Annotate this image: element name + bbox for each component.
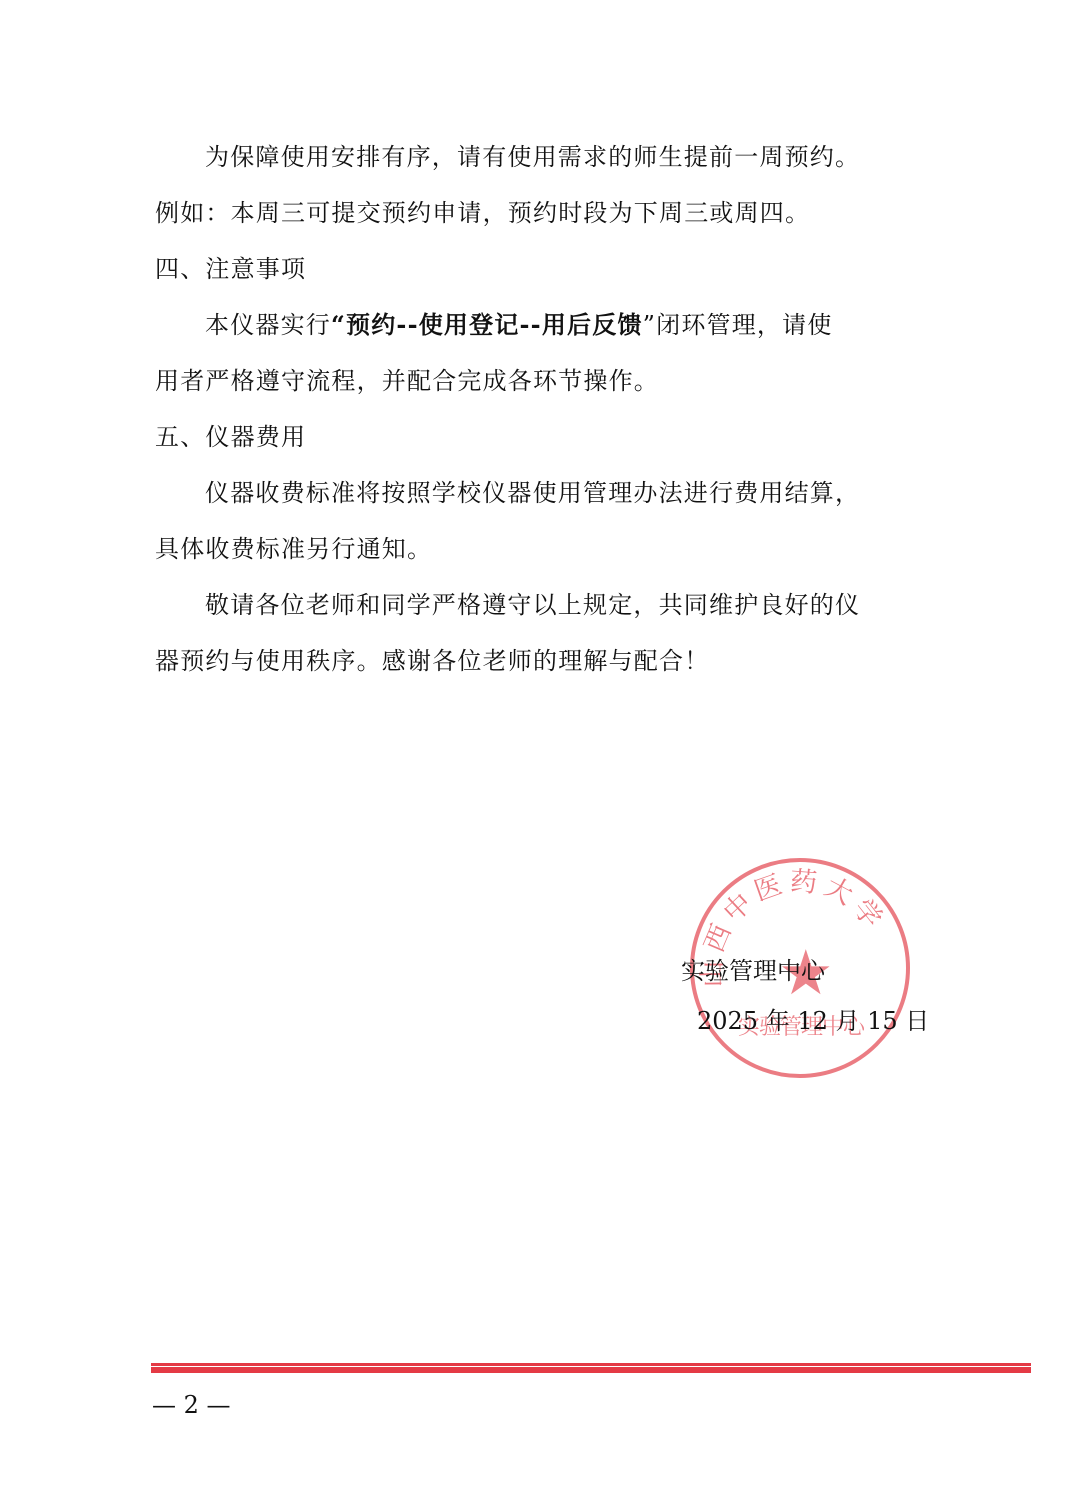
paragraph-line: 为保障使用安排有序，请有使用需求的师生提前一周预约。 [205, 142, 860, 172]
footer-rule-thick [151, 1367, 1031, 1373]
paragraph-line: 例如：本周三可提交预约申请，预约时段为下周三或周四。 [155, 198, 810, 228]
paragraph-line: 具体收费标准另行通知。 [155, 534, 432, 564]
text: 本仪器实行 [205, 311, 331, 339]
signature-org: 实验管理中心 [681, 956, 825, 986]
paragraph-line: 仪器收费标准将按照学校仪器使用管理办法进行费用结算， [205, 478, 860, 508]
emphasis-text: “预约--使用登记--用后反馈 [331, 310, 643, 339]
paragraph-line: 敬请各位老师和同学严格遵守以上规定，共同维护良好的仪 [205, 590, 860, 620]
footer-rule-thin [151, 1363, 1031, 1366]
section-heading: 五、仪器费用 [155, 422, 306, 452]
page-number: — 2 — [152, 1390, 231, 1420]
paragraph-line: 用者严格遵守流程，并配合完成各环节操作。 [155, 366, 659, 396]
paragraph-line: 本仪器实行“预约--使用登记--用后反馈”闭环管理，请使 [205, 310, 833, 340]
section-heading: 四、注意事项 [155, 254, 306, 284]
text: ”闭环管理，请使 [643, 311, 833, 339]
paragraph-line: 器预约与使用秩序。感谢各位老师的理解与配合！ [155, 646, 709, 676]
signature-date: 2025 年 12 月 15 日 [697, 1006, 929, 1036]
